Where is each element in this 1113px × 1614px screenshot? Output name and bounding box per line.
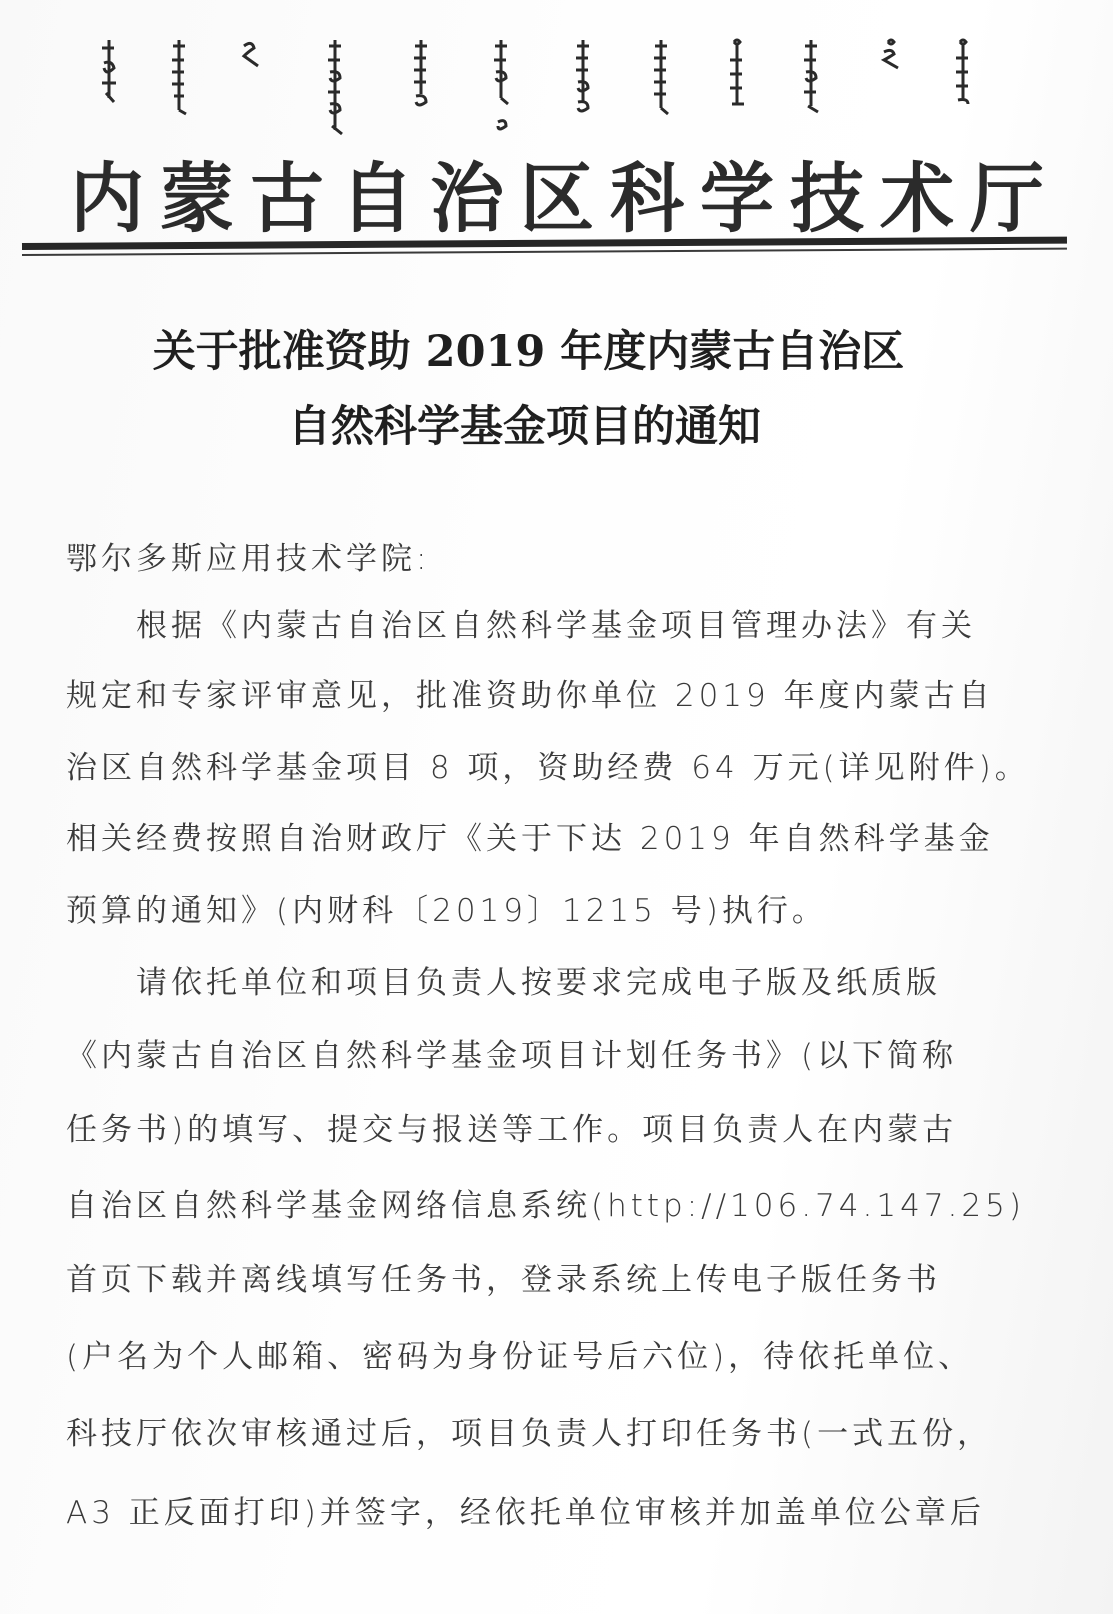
document-title-line-2: 自然科学基金项目的通知: [0, 393, 1081, 454]
mongolian-word-glyph: [322, 38, 348, 138]
mongolian-word-glyph: [166, 38, 192, 118]
addressee: 鄂尔多斯应用技术学院:: [66, 533, 1046, 578]
paragraph-1-line: 治区自然科学基金项目 8 项，资助经费 64 万元(详见附件)。: [66, 742, 1046, 787]
mongolian-word-glyph: [488, 38, 514, 138]
scanned-document-page: 内蒙古自治区科学技术厅 关于批准资助 2019 年度内蒙古自治区 自然科学基金项…: [0, 0, 1113, 1614]
mongolian-word-glyph: [798, 38, 824, 118]
mongolian-word-glyph: [238, 38, 264, 78]
paragraph-2-line: 《内蒙古自治区自然科学基金项目计划任务书》(以下简称: [66, 1030, 1046, 1075]
agency-name-heading: 内蒙古自治区科学技术厅: [70, 138, 1030, 247]
mongolian-word-glyph: [408, 38, 434, 108]
mongolian-word-glyph: [878, 38, 904, 78]
mongolian-word-glyph: [724, 38, 750, 118]
paragraph-2-line: 任务书)的填写、提交与报送等工作。项目负责人在内蒙古: [66, 1104, 1046, 1149]
paragraph-2-line: (户名为个人邮箱、密码为身份证号后六位)，待依托单位、: [66, 1331, 1046, 1376]
paragraph-2-line: 请依托单位和项目负责人按要求完成电子版及纸质版: [136, 957, 1113, 1002]
document-title-line-1: 关于批准资助 2019 年度内蒙古自治区: [0, 318, 1085, 379]
paragraph-2-line: 首页下载并离线填写任务书，登录系统上传电子版任务书: [66, 1254, 1046, 1299]
mongolian-word-glyph: [96, 38, 122, 108]
mongolian-word-glyph: [648, 38, 674, 118]
paragraph-2-line: 科技厅依次审核通过后，项目负责人打印任务书(一式五份，: [66, 1408, 1046, 1453]
mongolian-word-glyph: [570, 38, 596, 118]
paragraph-1-line: 根据《内蒙古自治区自然科学基金项目管理办法》有关: [136, 600, 1113, 645]
paragraph-1-line: 规定和专家评审意见，批准资助你单位 2019 年度内蒙古自: [66, 670, 1046, 715]
paragraph-1-line: 相关经费按照自治财政厅《关于下达 2019 年自然科学基金: [66, 813, 1046, 858]
paragraph-2-line: A3 正反面打印)并签字，经依托单位审核并加盖单位公章后: [66, 1487, 1046, 1532]
paragraph-2-line: 自治区自然科学基金网络信息系统(http://106.74.147.25): [66, 1180, 1046, 1225]
mongolian-word-glyph: [950, 38, 976, 108]
paragraph-1-line: 预算的通知》(内财科〔2019〕1215 号)执行。: [66, 885, 1046, 930]
mongolian-script-letterhead: [88, 38, 1008, 148]
